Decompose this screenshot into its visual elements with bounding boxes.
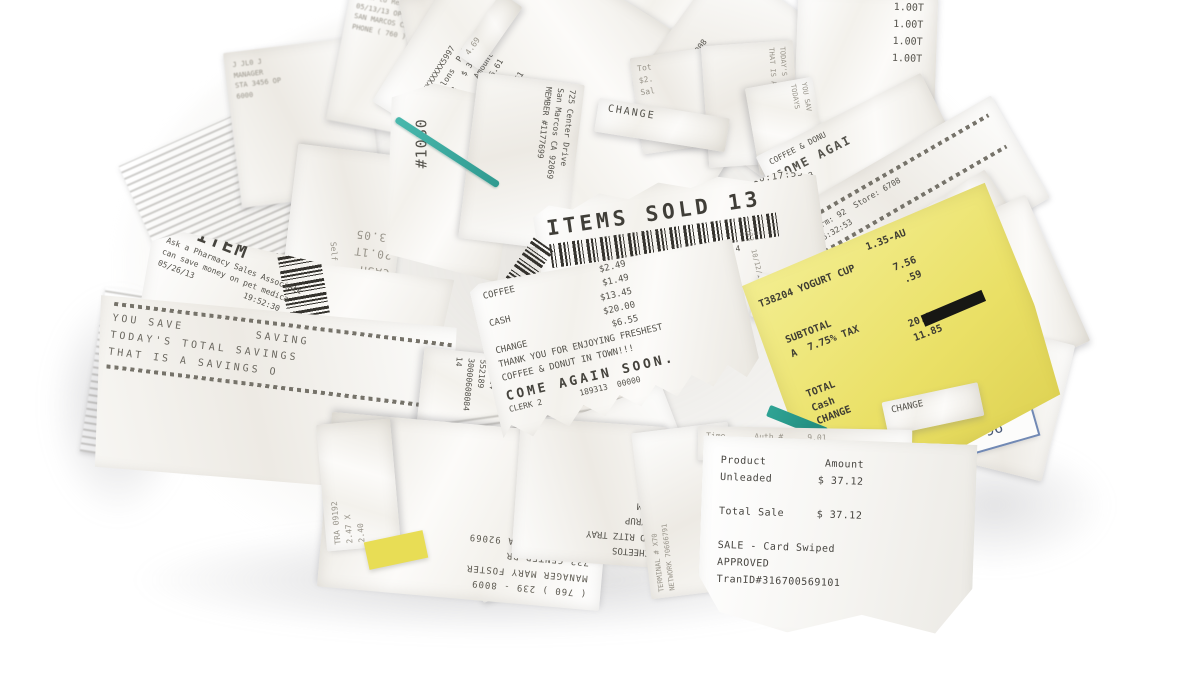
- receipt-line: 1.00T: [810, 47, 923, 68]
- receipt-lines: 1.00T1.00T1.00T1.00T: [810, 0, 924, 68]
- receipt-number: #1080: [412, 118, 430, 168]
- receipt-lines: TERMINAL # X70NETWORK 70666791: [638, 436, 678, 592]
- receipt-lines: CHEETOSMD RITZ TRAYSYRUPPUM: [520, 489, 654, 559]
- receipt-lines: TRA 091922.47 X2.40: [323, 427, 369, 545]
- tra-fragment: TRA 091922.47 X2.40: [316, 419, 401, 552]
- receipt-lines: Product AmountUnleaded $ 37.12 Total Sal…: [716, 452, 959, 596]
- fuel-receipt-front: Product AmountUnleaded $ 37.12 Total Sal…: [697, 435, 978, 644]
- receipt-pile-photo: J JL0 JMANAGERSTA 3456 OP6000 aken to Re…: [0, 0, 1200, 675]
